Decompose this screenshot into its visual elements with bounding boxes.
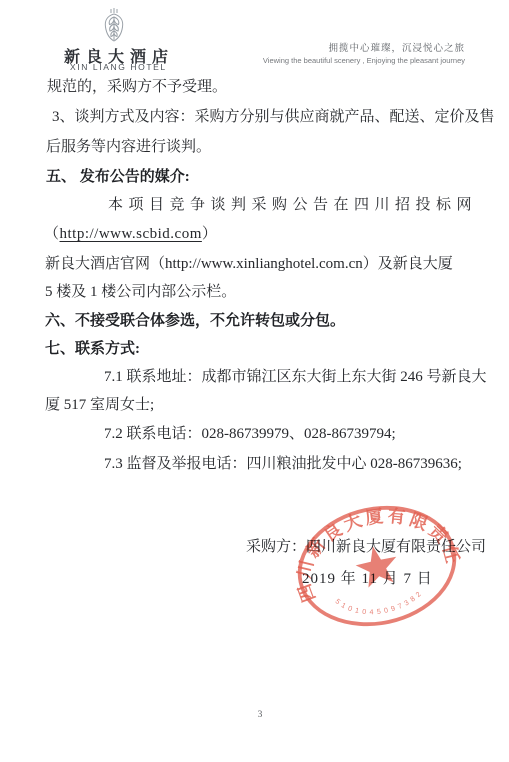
contact-address-line1: 7.1 联系地址：成都市锦江区东大街上东大街 246 号新良大 — [104, 368, 487, 386]
wheat-icon — [98, 7, 130, 43]
contact-phone-line: 7.2 联系电话：028-86739979、028-86739794; — [104, 425, 396, 443]
paren-close: ） — [202, 226, 218, 242]
buyer-signature-line: 采购方：四川新良大厦有限责任公司 — [246, 538, 486, 556]
section-6-heading: 六、不接受联合体参选，不允许转包或分包。 — [45, 312, 345, 330]
signature-date: 2019 年 11 月 7 日 — [302, 570, 433, 588]
website-line-post: ）及新良大厦 — [363, 256, 453, 272]
scbid-url: http://www.scbid.com — [60, 226, 202, 242]
supervision-phone-line: 7.3 监督及举报电话：四川粮油批发中心 028-86739636; — [104, 455, 462, 473]
hotel-website-line: 新良大酒店官网（http://www.xinlianghotel.com.cn）… — [45, 255, 453, 273]
scbid-url-line: （http://www.scbid.com） — [44, 225, 217, 243]
section-5-heading: 五、 发布公告的媒介: — [46, 168, 190, 186]
hotel-url: http://www.xinlianghotel.com.cn — [165, 256, 363, 272]
section-7-heading: 七、联系方式: — [45, 340, 140, 358]
document-page: 新良大酒店 XIN LIANG HOTEL 拥揽中心璀璨，沉浸悦心之旅 View… — [0, 0, 509, 762]
notice-board-line: 5 楼及 1 楼公司内部公示栏。 — [45, 283, 236, 301]
company-seal-icon: 四川新良大厦有限责任公司 5101045097382 — [292, 503, 462, 629]
website-line-pre: 新良大酒店官网（ — [45, 256, 165, 272]
hotel-tagline-cn: 拥揽中心璀璨，沉浸悦心之旅 — [205, 40, 465, 54]
section-5-body: 本项目竞争谈判采购公告在四川招投标网 — [108, 196, 474, 214]
paragraph-3-line1: 3、谈判方式及内容：采购方分别与供应商就产品、配送、定价及售 — [52, 108, 495, 126]
page-number: 3 — [250, 710, 270, 720]
paragraph-3-line2: 后服务等内容进行谈判。 — [46, 138, 211, 156]
paren-open: （ — [44, 226, 60, 242]
contact-address-line2: 厦 517 室周女士; — [45, 396, 154, 414]
paragraph-intro: 规范的，采购方不予受理。 — [47, 78, 227, 96]
hotel-tagline-en: Viewing the beautiful scenery , Enjoying… — [165, 56, 465, 65]
